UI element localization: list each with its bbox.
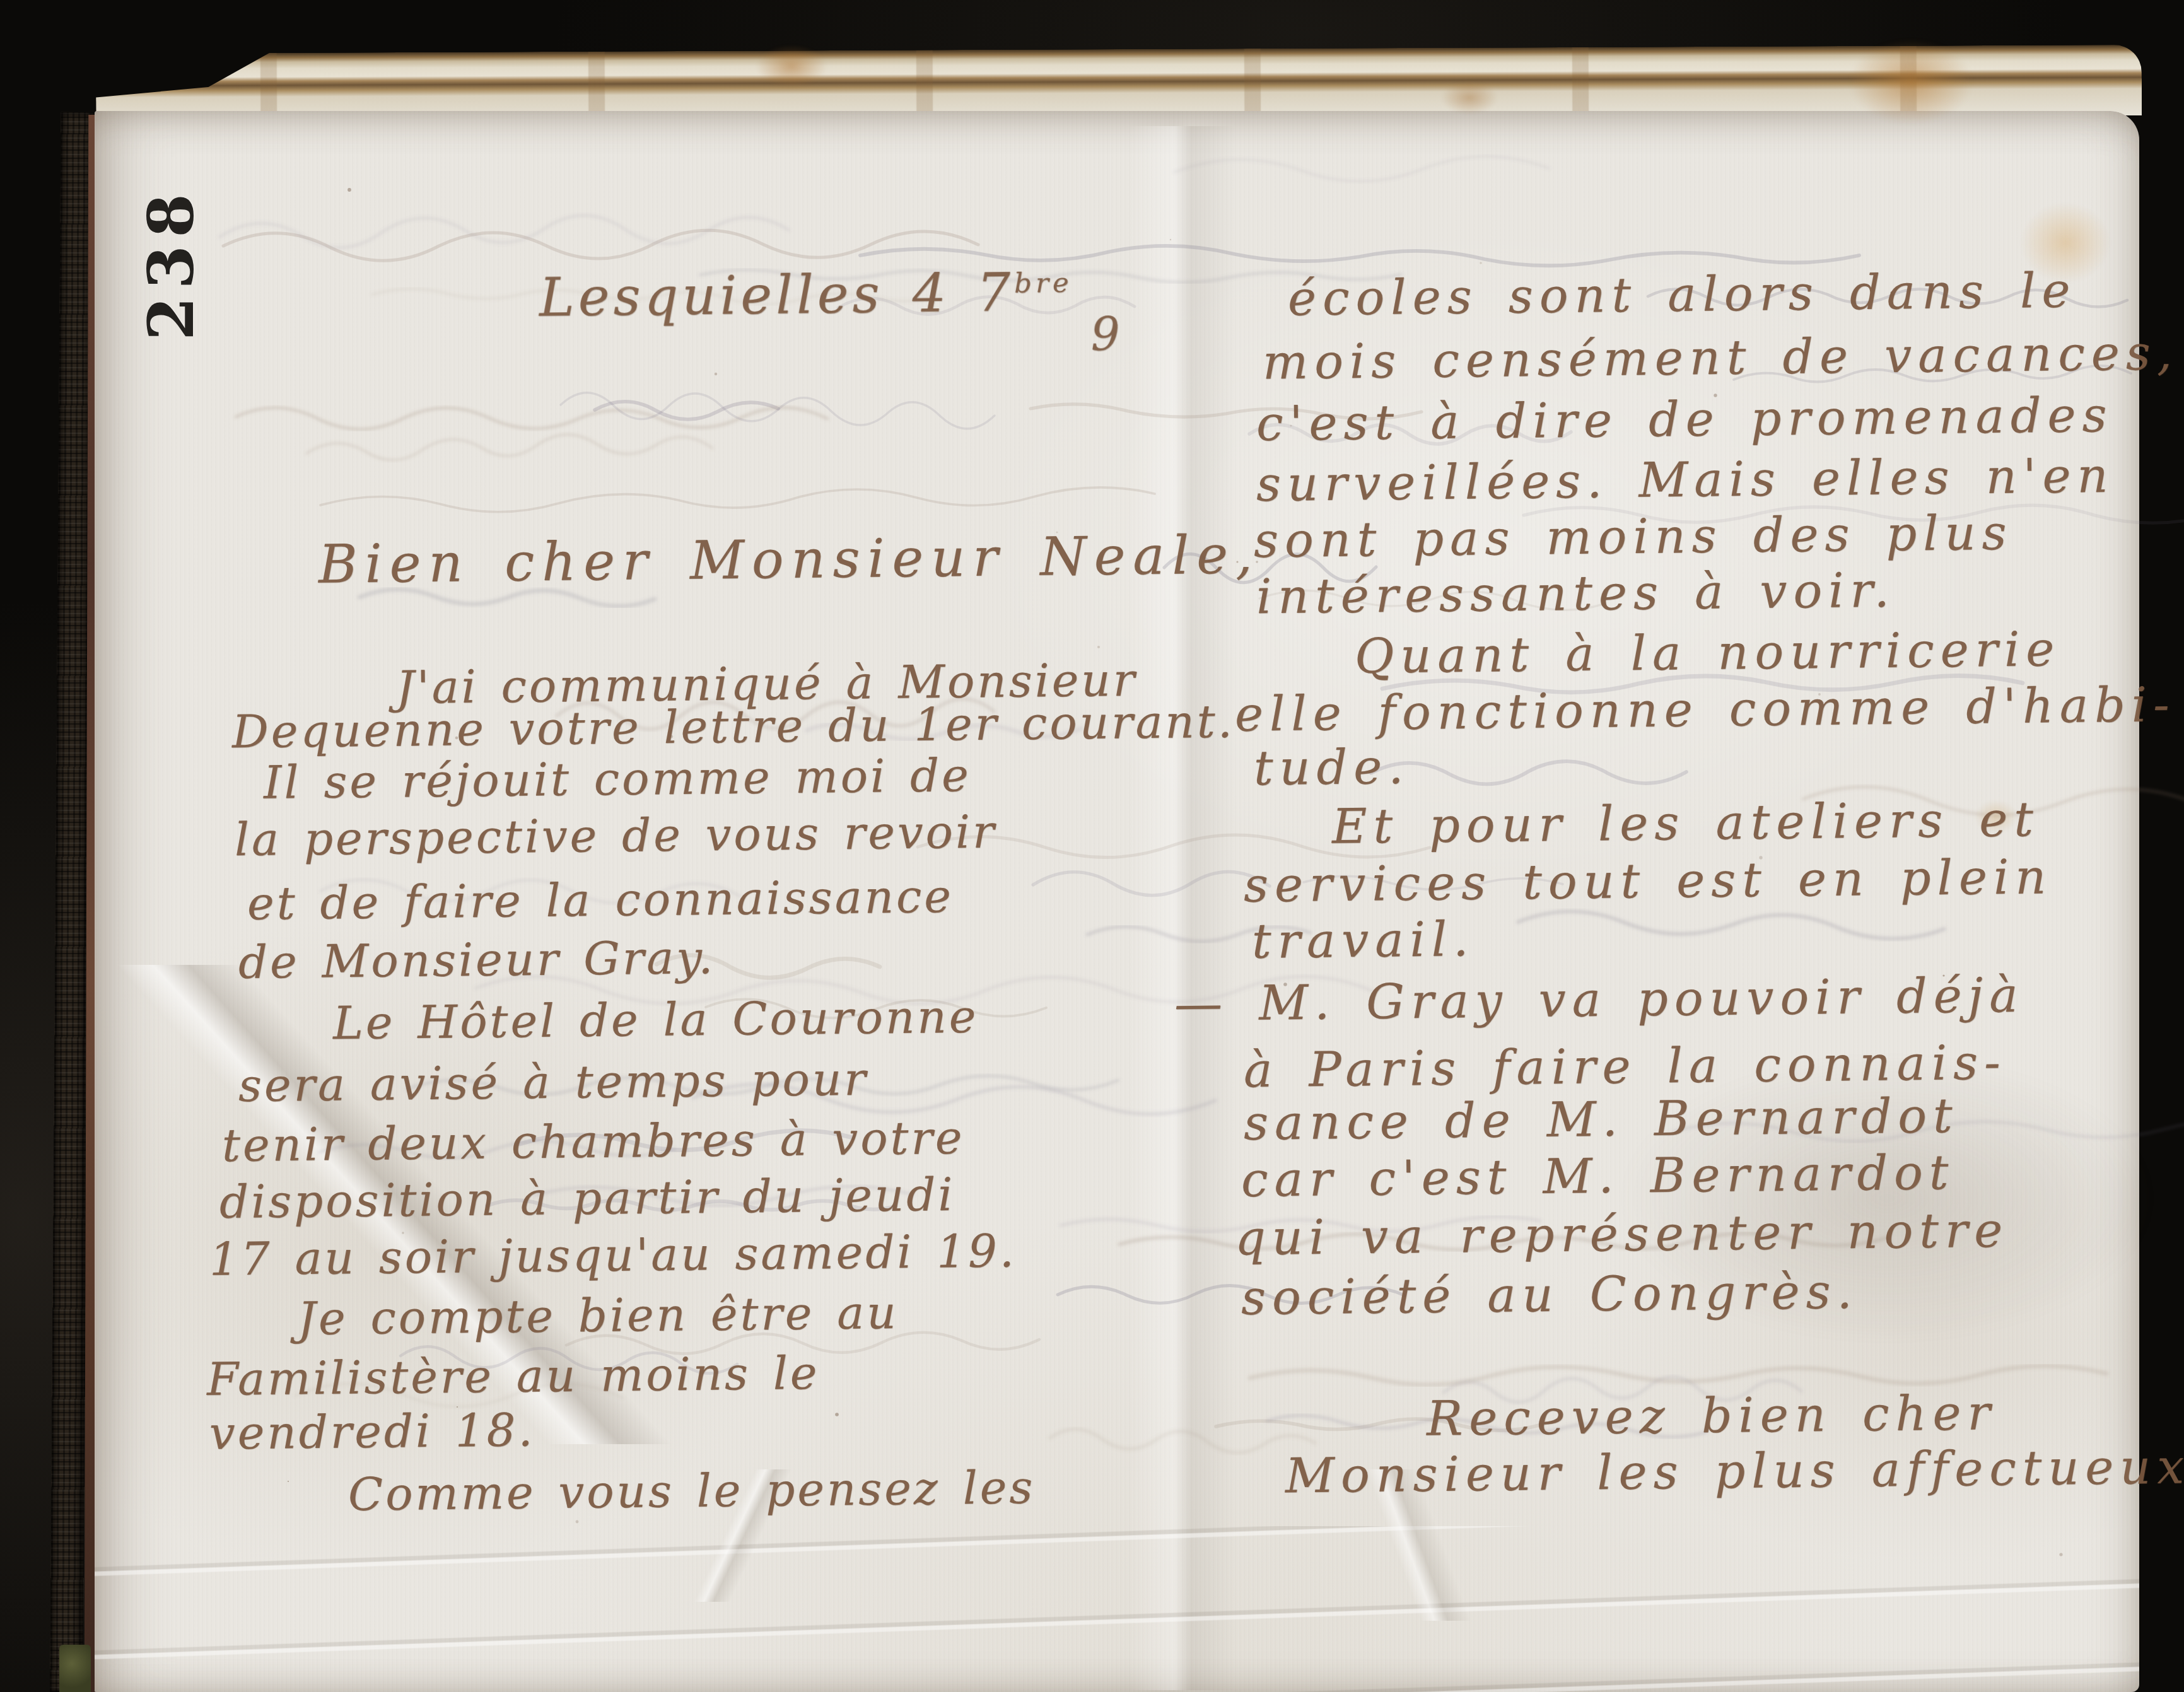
- letter-line: sera avisé à temps pour: [238, 1053, 868, 1112]
- letter-line: sont pas moins des plus: [1254, 505, 2013, 569]
- letter-line: car c'est M. Bernardot: [1241, 1144, 1955, 1208]
- letter-line: vendredi 18.: [209, 1403, 535, 1459]
- letter-line: de Monsieur Gray.: [238, 931, 716, 989]
- letter-line: travail.: [1252, 911, 1475, 969]
- letter-line: mois censément de vacances,: [1263, 324, 2179, 390]
- letter-line: Monsieur les plus affectueux: [1285, 1438, 2184, 1503]
- letter-line: elle fonctionne comme d'habi-: [1235, 676, 2176, 742]
- letter-line: Quant à la nourricerie: [1355, 621, 2061, 684]
- letter-line: la perspective de vous revoir: [235, 805, 997, 866]
- letter-line: Familistère au moins le: [207, 1346, 820, 1406]
- letter-line: Il se réjouit comme moi de: [264, 749, 971, 809]
- letter-line: 17 au soir jusqu'au samedi 19.: [209, 1224, 1017, 1285]
- letter-line: Et pour les ateliers et: [1332, 791, 2040, 855]
- letter-line: — M. Gray va pouvoir déjà: [1174, 967, 2024, 1032]
- page-number-stamp: 238: [134, 186, 208, 341]
- letter-line: intéressantes à voir.: [1256, 562, 1896, 625]
- letter-line: et de faire la connaissance: [247, 870, 954, 930]
- letter-line: services tout est en plein: [1244, 848, 2053, 913]
- letter-line: tenir deux chambres à votre: [222, 1111, 965, 1172]
- dateline-year-digit: 9: [1090, 308, 1124, 362]
- cover-board-corner: [59, 1645, 91, 1692]
- salutation: Bien cher Monsieur Neale,: [318, 523, 1261, 595]
- letter-line: Recevez bien cher: [1427, 1384, 1997, 1446]
- paper-wrinkles: [95, 1526, 2139, 1692]
- paper-crease: [1129, 126, 1236, 1690]
- letter-line: Le Hôtel de la Couronne: [333, 990, 979, 1050]
- letter-line: tude.: [1254, 738, 1410, 796]
- letter-line: écoles sont alors dans le: [1288, 262, 2077, 326]
- letter-line: surveillées. Mais elles n'en: [1256, 447, 2115, 512]
- manuscript-photograph: 238 Lesquielles4 7bre9 Bien cher Monsieu…: [0, 0, 2184, 1692]
- letter-line: Comme vous le pensez les: [348, 1461, 1036, 1520]
- letter-line: disposition à partir du jeudi: [219, 1168, 955, 1228]
- letter-line: société au Congrès.: [1241, 1263, 1859, 1326]
- letter-line: Dequenne votre lettre du 1er courant.: [232, 695, 1235, 759]
- dateline-place: Lesquielles: [539, 263, 884, 329]
- letter-line: qui va représenter notre: [1235, 1202, 2009, 1266]
- dateline-day-month: 4 7: [912, 262, 1015, 325]
- dateline-month-suffix: bre: [1014, 267, 1073, 300]
- letter-line: sance de M. Bernardot: [1244, 1087, 1959, 1151]
- letter-line: c'est à dire de promenades: [1256, 387, 2113, 452]
- dateline: Lesquielles4 7bre9: [539, 260, 1106, 328]
- letter-line: Je compte bien être au: [298, 1286, 899, 1345]
